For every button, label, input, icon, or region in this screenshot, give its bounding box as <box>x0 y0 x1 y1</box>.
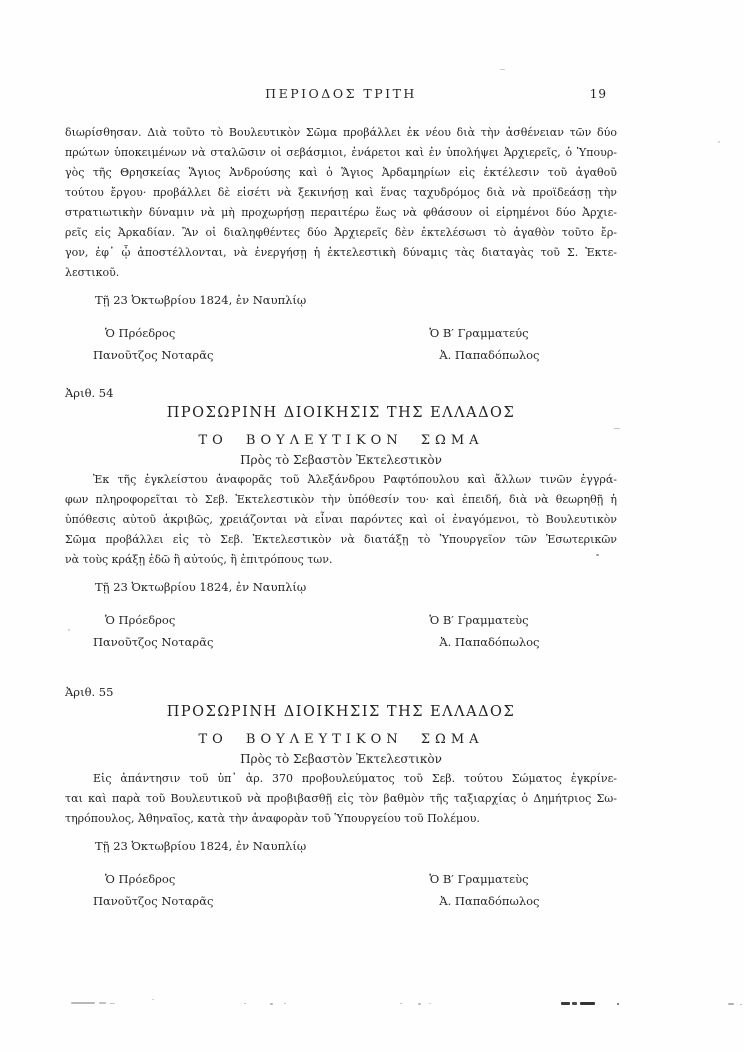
text-line: νὰ τοὺς κράξῃ ἐδῶ ἢ αὐτούς, ἢ ἐπιτρόπους… <box>65 550 617 570</box>
scan-artifact <box>400 1003 402 1004</box>
text-line: λεστικοῦ. <box>65 263 617 283</box>
act-number: Ἀριθ. 54 <box>65 385 617 401</box>
president-name: Πανοῦτζος Νοταρᾶς <box>65 891 429 911</box>
text-line: ται καὶ παρὰ τοῦ Βουλευτικοῦ νὰ προβιβασ… <box>65 789 617 809</box>
act-section-55: Ἀριθ. 55 ΠΡΟΣΩΡΙΝΗ ΔΙΟΙΚΗΣΙΣ ΤΗΣ ΕΛΛΑΔΟΣ… <box>65 684 617 911</box>
president-name: Πανοῦτζος Νοταρᾶς <box>65 632 429 652</box>
text-line: στρατιωτικὴν δύναμιν νὰ μὴ προχωρήσῃ περ… <box>65 203 617 223</box>
signature-block: Ὁ Πρόεδρος Πανοῦτζος Νοταρᾶς Ὁ Β′ Γραμμα… <box>65 869 617 911</box>
continuation-paragraph: διωρίσθησαν. Διὰ τοῦτο τὸ Βουλευτικὸν Σῶ… <box>65 123 617 283</box>
signature-secretary: Ὁ Β′ Γραμματεὺς Ἀ. Παπαδόπωλος <box>429 610 617 652</box>
text-line: ρεῖς εἰς Ἀρκαδίαν. Ἂν οἱ διαληφθέντες δύ… <box>65 223 617 243</box>
heading-legislative-body: ΤΟ ΒΟΥΛΕΥΤΙΚΟΝ ΣΩΜΑ <box>65 432 617 450</box>
act-paragraph: Εἰς ἀπάντησιν τοῦ ὑπ᾽ ἀρ. 370 προβουλεύμ… <box>65 769 617 829</box>
secretary-role: Ὁ Β′ Γραμματεὺς <box>429 610 617 630</box>
dateline: Τῇ 23 Ὀκτωβρίου 1824, ἐν Ναυπλίῳ <box>65 290 617 310</box>
president-name: Πανοῦτζος Νοταρᾶς <box>65 345 429 365</box>
heading-addressee: Πρὸς τὸ Σεβαστὸν Ἐκτελεστικὸν <box>65 452 617 469</box>
page-number: 19 <box>590 87 607 101</box>
signature-block: Ὁ Πρόεδρος Πανοῦτζος Νοταρᾶς Ὁ Β′ Γραμμα… <box>65 323 617 365</box>
secretary-name: Ἀ. Παπαδόπωλος <box>429 891 617 911</box>
heading-administration: ΠΡΟΣΩΡΙΝΗ ΔΙΟΙΚΗΣΙΣ ΤΗΣ ΕΛΛΑΔΟΣ <box>65 403 617 423</box>
signature-president: Ὁ Πρόεδρος Πανοῦτζος Νοταρᾶς <box>65 323 429 365</box>
scan-artifact <box>99 1002 106 1004</box>
scan-artifact <box>572 1002 577 1005</box>
dateline: Τῇ 23 Ὀκτωβρίου 1824, ἐν Ναυπλίῳ <box>65 836 617 856</box>
signature-president: Ὁ Πρόεδρος Πανοῦτζος Νοταρᾶς <box>65 869 429 911</box>
signature-secretary: Ὁ Β′ Γραμματεύς Ἀ. Παπαδόπωλος <box>429 323 617 365</box>
secretary-name: Ἀ. Παπαδόπωλος <box>429 345 617 365</box>
scanned-document-page: ΠΕΡΙΟΔΟΣ ΤΡΙΤΗ 19 διωρίσθησαν. Διὰ τοῦτο… <box>0 0 744 1052</box>
text-line: Εἰς ἀπάντησιν τοῦ ὑπ᾽ ἀρ. 370 προβουλεύμ… <box>65 769 617 789</box>
scan-artifact <box>284 1003 286 1004</box>
text-line: γὸς τῆς Θρησκείας Ἅγιος Ἀνδρούσης καὶ ὁ … <box>65 163 617 183</box>
scan-artifact <box>71 1002 95 1004</box>
dateline: Τῇ 23 Ὀκτωβρίου 1824, ἐν Ναυπλίῳ <box>65 577 617 597</box>
scan-artifact <box>617 1003 619 1005</box>
signature-block: Ὁ Πρόεδρος Πανοῦτζος Νοταρᾶς Ὁ Β′ Γραμμα… <box>65 610 617 652</box>
scan-artifact <box>152 999 154 1000</box>
scan-artifact <box>244 1003 246 1004</box>
heading-administration: ΠΡΟΣΩΡΙΝΗ ΔΙΟΙΚΗΣΙΣ ΤΗΣ ΕΛΛΑΔΟΣ <box>65 702 617 722</box>
scan-artifact <box>561 1002 570 1005</box>
signature-president: Ὁ Πρόεδρος Πανοῦτζος Νοταρᾶς <box>65 610 429 652</box>
text-line: φων πληροφορεῖται τὸ Σεβ. Ἐκτελεστικὸν τ… <box>65 490 617 510</box>
text-line: Σῶμα προβάλλει εἰς τὸ Σεβ. Ἐκτελεστικὸν … <box>65 530 617 550</box>
act-number: Ἀριθ. 55 <box>65 684 617 700</box>
text-line: τηρόπουλος, Ἀθηναῖος, κατὰ τὴν ἀναφορὰν … <box>65 809 617 829</box>
scan-artifact <box>418 1003 421 1005</box>
president-role: Ὁ Πρόεδρος <box>65 610 429 630</box>
text-line: τούτου ἔργου· προβάλλει δὲ εἰσέτι νὰ ξεκ… <box>65 183 617 203</box>
text-line: γον, ἐφ᾽ ᾧ ἀποστέλλονται, νὰ ἐνεργήσῃ ἡ … <box>65 243 617 263</box>
scan-artifact <box>580 1002 595 1005</box>
secretary-name: Ἀ. Παπαδόπωλος <box>429 632 617 652</box>
scan-artifact <box>718 141 720 143</box>
text-line: διωρίσθησαν. Διὰ τοῦτο τὸ Βουλευτικὸν Σῶ… <box>65 123 617 143</box>
scan-artifact <box>614 428 620 429</box>
president-role: Ὁ Πρόεδρος <box>65 323 429 343</box>
scan-artifact <box>110 1003 115 1004</box>
signature-secretary: Ὁ Β′ Γραμματεὺς Ἀ. Παπαδόπωλος <box>429 869 617 911</box>
president-role: Ὁ Πρόεδρος <box>65 869 429 889</box>
scan-artifact <box>68 629 70 631</box>
text-column: ΠΕΡΙΟΔΟΣ ΤΡΙΤΗ 19 διωρίσθησαν. Διὰ τοῦτο… <box>65 86 617 911</box>
scan-artifact <box>728 1003 734 1005</box>
text-line: πρώτων ὑποκειμένων νὰ σταλῶσιν οἱ σεβάσμ… <box>65 143 617 163</box>
heading-addressee: Πρὸς τὸ Σεβαστὸν Ἐκτελεστικὸν <box>65 751 617 768</box>
page-title: ΠΕΡΙΟΔΟΣ ΤΡΙΤΗ <box>65 86 617 101</box>
text-line: Ἐκ τῆς ἐγκλείστου ἀναφορᾶς τοῦ Ἀλεξάνδρο… <box>65 470 617 490</box>
act-paragraph: Ἐκ τῆς ἐγκλείστου ἀναφορᾶς τοῦ Ἀλεξάνδρο… <box>65 470 617 570</box>
act-section-54: Ἀριθ. 54 ΠΡΟΣΩΡΙΝΗ ΔΙΟΙΚΗΣΙΣ ΤΗΣ ΕΛΛΑΔΟΣ… <box>65 385 617 652</box>
scan-artifact <box>500 69 505 70</box>
secretary-role: Ὁ Β′ Γραμματεὺς <box>429 869 617 889</box>
running-header: ΠΕΡΙΟΔΟΣ ΤΡΙΤΗ 19 <box>65 86 617 102</box>
scan-artifact <box>596 554 599 556</box>
text-line: ὑπόθεσις αὐτοῦ ἀκριβῶς, χρειάζονται νὰ ε… <box>65 510 617 530</box>
secretary-role: Ὁ Β′ Γραμματεύς <box>429 323 617 343</box>
heading-legislative-body: ΤΟ ΒΟΥΛΕΥΤΙΚΟΝ ΣΩΜΑ <box>65 731 617 749</box>
scan-artifact <box>740 1004 742 1005</box>
scan-artifact <box>270 1003 273 1005</box>
scan-artifact <box>429 1003 431 1004</box>
